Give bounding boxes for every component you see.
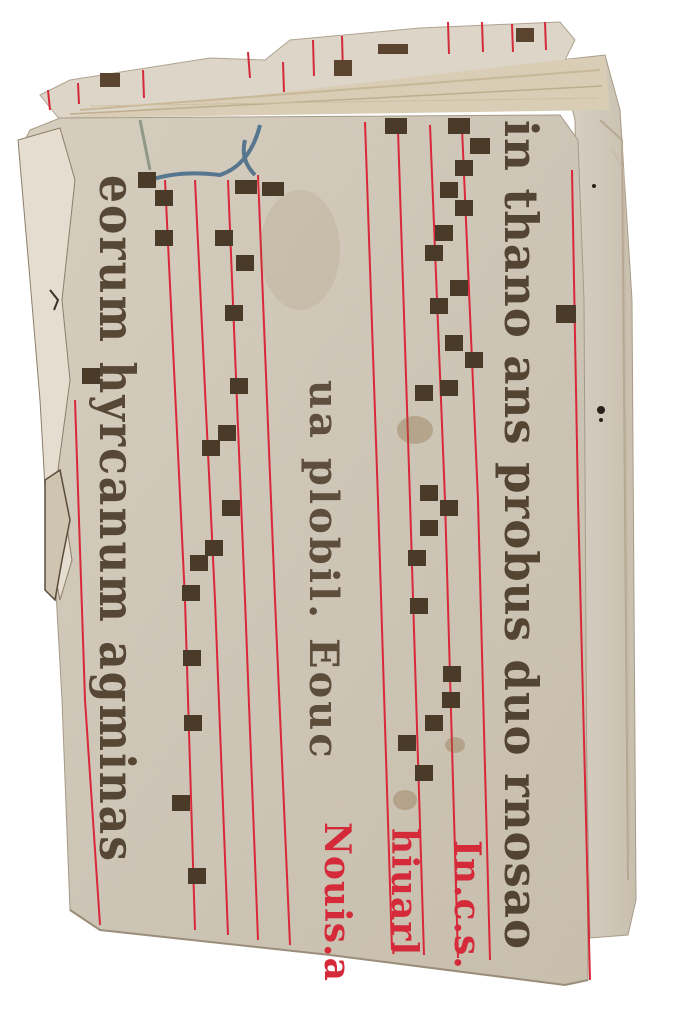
- book-illustration: eorum hyrcanum agminas ua plobil. Eouc N…: [0, 0, 683, 1024]
- svg-text:ua plobil. Eouc: ua plobil. Eouc: [300, 380, 347, 761]
- svg-text:in thano ans probus duo rnosao: in thano ans probus duo rnosao: [494, 120, 548, 950]
- text-left-column: eorum hyrcanum agminas: [88, 175, 145, 863]
- text-right-column: in thano ans probus duo rnosao: [494, 120, 548, 950]
- text-right-rubric-1: hiuarl: [383, 828, 425, 956]
- svg-text:In.c.s.: In.c.s.: [446, 840, 488, 970]
- book-photo: eorum hyrcanum agminas ua plobil. Eouc N…: [0, 0, 683, 1024]
- text-right-rubric-2: In.c.s.: [446, 840, 488, 970]
- svg-text:hiuarl: hiuarl: [383, 828, 425, 956]
- svg-text:eorum hyrcanum agminas: eorum hyrcanum agminas: [88, 175, 145, 863]
- text-middle-column: ua plobil. Eouc: [300, 380, 347, 761]
